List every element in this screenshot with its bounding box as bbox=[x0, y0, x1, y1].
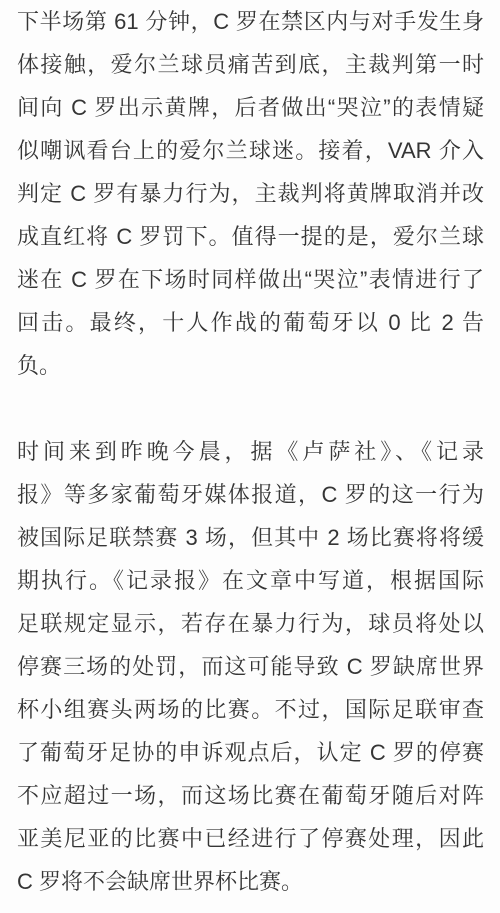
text-line: 体接触，爱尔兰球员痛苦到底，主裁判第一时 bbox=[17, 43, 484, 86]
text-line: 亚美尼亚的比赛中已经进行了停赛处理，因此 bbox=[17, 817, 484, 860]
text-line: C 罗将不会缺席世界杯比赛。 bbox=[17, 860, 484, 903]
text-line: 判定 C 罗有暴力行为，主裁判将黄牌取消并改 bbox=[17, 172, 484, 215]
text-line: 足联规定显示，若存在暴力行为，球员将处以 bbox=[17, 602, 484, 645]
text-line: 间向 C 罗出示黄牌，后者做出“哭泣”的表情疑 bbox=[17, 86, 484, 129]
text-line: 不应超过一场，而这场比赛在葡萄牙随后对阵 bbox=[17, 774, 484, 817]
article-body: 下半场第 61 分钟，C 罗在禁区内与对手发生身体接触，爱尔兰球员痛苦到底，主裁… bbox=[0, 0, 500, 903]
text-line: 期执行。《记录报》在文章中写道，根据国际 bbox=[17, 559, 484, 602]
text-line: 负。 bbox=[17, 344, 484, 387]
text-line: 被国际足联禁赛 3 场，但其中 2 场比赛将将缓 bbox=[17, 516, 484, 559]
text-line: 回击。最终，十人作战的葡萄牙以 0 比 2 告 bbox=[17, 301, 484, 344]
paragraph: 时间来到昨晚今晨，据《卢萨社》、《记录报》等多家葡萄牙媒体报道，C 罗的这一行为… bbox=[17, 430, 484, 903]
text-line: 成直红将 C 罗罚下。值得一提的是，爱尔兰球 bbox=[17, 215, 484, 258]
text-line: 似嘲讽看台上的爱尔兰球迷。接着，VAR 介入 bbox=[17, 129, 484, 172]
paragraph: 下半场第 61 分钟，C 罗在禁区内与对手发生身体接触，爱尔兰球员痛苦到底，主裁… bbox=[17, 0, 484, 387]
text-line: 了葡萄牙足协的申诉观点后，认定 C 罗的停赛 bbox=[17, 731, 484, 774]
text-line: 迷在 C 罗在下场时同样做出“哭泣”表情进行了 bbox=[17, 258, 484, 301]
text-line: 时间来到昨晚今晨，据《卢萨社》、《记录 bbox=[17, 430, 484, 473]
text-line: 停赛三场的处罚，而这可能导致 C 罗缺席世界 bbox=[17, 645, 484, 688]
text-line: 杯小组赛头两场的比赛。不过，国际足联审查 bbox=[17, 688, 484, 731]
text-line: 下半场第 61 分钟，C 罗在禁区内与对手发生身 bbox=[17, 0, 484, 43]
text-line: 报》等多家葡萄牙媒体报道，C 罗的这一行为 bbox=[17, 473, 484, 516]
